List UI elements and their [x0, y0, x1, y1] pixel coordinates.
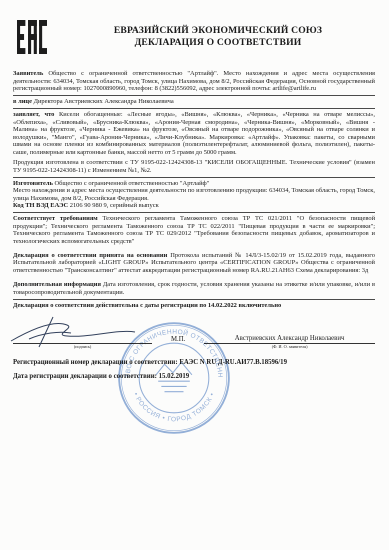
document-title: ЕВРАЗИЙСКИЙ ЭКОНОМИЧЕСКИЙ СОЮЗ ДЕКЛАРАЦИ… [61, 18, 375, 50]
tnved-code-label: Код ТН ВЭД ЕАЭС [13, 202, 68, 209]
svg-text:• РОССИЯ • ГОРОД ТОМСК •: • РОССИЯ • ГОРОД ТОМСК • [132, 392, 216, 424]
applicant-text: Общество с ограниченной ответственностью… [13, 70, 375, 92]
section-in-person: в лице Директора Австриевских Александра… [13, 96, 375, 109]
additional-label: Дополнительная информация [13, 281, 101, 288]
registration-date-label: Дата регистрации декларации о соответств… [13, 373, 157, 380]
registration-number-label: Регистрационный номер декларации о соотв… [13, 359, 178, 366]
section-complies: Соответствует требованиям Технического р… [13, 213, 375, 248]
declares-label: заявляет, что [13, 111, 54, 118]
section-manufacturer: Изготовитель Общество с ограниченной отв… [13, 178, 375, 188]
stamp-ring-text-bottom: • РОССИЯ • ГОРОД ТОМСК • [132, 392, 216, 424]
signature-row: (подпись) М.П. Австриевских Александр Ни… [13, 320, 375, 350]
registration-date-line: Дата регистрации декларации о соответств… [13, 373, 375, 380]
complies-label: Соответствует требованиям [13, 215, 98, 222]
manufacturer-code-line: Код ТН ВЭД ЕАЭС 2106 90 980 9, серийный … [13, 202, 375, 213]
manufacturer-address: Место нахождения и адрес места осуществл… [13, 187, 375, 202]
union-name: ЕВРАЗИЙСКИЙ ЭКОНОМИЧЕСКИЙ СОЮЗ [61, 25, 375, 37]
section-additional: Дополнительная информация Дата изготовле… [13, 277, 375, 300]
basis-label: Декларация о соответствии принята на осн… [13, 252, 167, 259]
document-header: ЕВРАЗИЙСКИЙ ЭКОНОМИЧЕСКИЙ СОЮЗ ДЕКЛАРАЦИ… [13, 18, 375, 59]
manufacturer-address-text: Место нахождения и адрес места осуществл… [13, 187, 375, 202]
registration-block: Регистрационный номер декларации о соотв… [13, 359, 375, 380]
doc-title: ДЕКЛАРАЦИЯ О СООТВЕТСТВИИ [61, 37, 375, 49]
manufacturer-text: Общество с ограниченной ответственностью… [54, 180, 209, 187]
handwritten-signature [9, 315, 149, 349]
in-person-text: Директора Австриевских Александра Никола… [34, 98, 174, 105]
in-person-label: в лице [13, 98, 32, 105]
registration-number-value: ЕАЭС N RU Д-RU.АИ77.В.18596/19 [179, 359, 287, 366]
declaration-document: ЕВРАЗИЙСКИЙ ЭКОНОМИЧЕСКИЙ СОЮЗ ДЕКЛАРАЦИ… [0, 0, 389, 550]
signature-area: (подпись) [13, 329, 152, 350]
section-validity: Декларация о соответствии действительна … [13, 300, 375, 312]
section-declares-tu: Продукция изготовлена в соответствии с Т… [13, 159, 375, 178]
signatory-area: Австриевских Александр Николаевич (Ф. И.… [204, 335, 375, 350]
eac-mark-icon [17, 20, 47, 54]
registration-date-value: 15.02.2019 [159, 373, 190, 380]
declares-text: Кисели обогащенные: «Лесные ягоды», «Виш… [13, 111, 375, 156]
manufacturer-label: Изготовитель [13, 180, 53, 187]
registration-number-line: Регистрационный номер декларации о соотв… [13, 359, 375, 366]
seal-place-label: М.П. [152, 336, 204, 350]
declares-text2: Продукция изготовлена в соответствии с Т… [13, 159, 375, 174]
signatory-caption: (Ф. И. О. заявителя) [204, 344, 375, 350]
section-declares: заявляет, что Кисели обогащенные: «Лесны… [13, 109, 375, 159]
section-basis: Декларация о соответствии принята на осн… [13, 248, 375, 277]
applicant-label: Заявитель [13, 70, 43, 77]
eac-logo [13, 18, 61, 59]
tnved-code-value: 2106 90 980 9, серийный выпуск [70, 202, 159, 209]
signatory-name: Австриевских Александр Николаевич [204, 335, 375, 344]
section-applicant: Заявитель Общество с ограниченной ответс… [13, 68, 375, 96]
